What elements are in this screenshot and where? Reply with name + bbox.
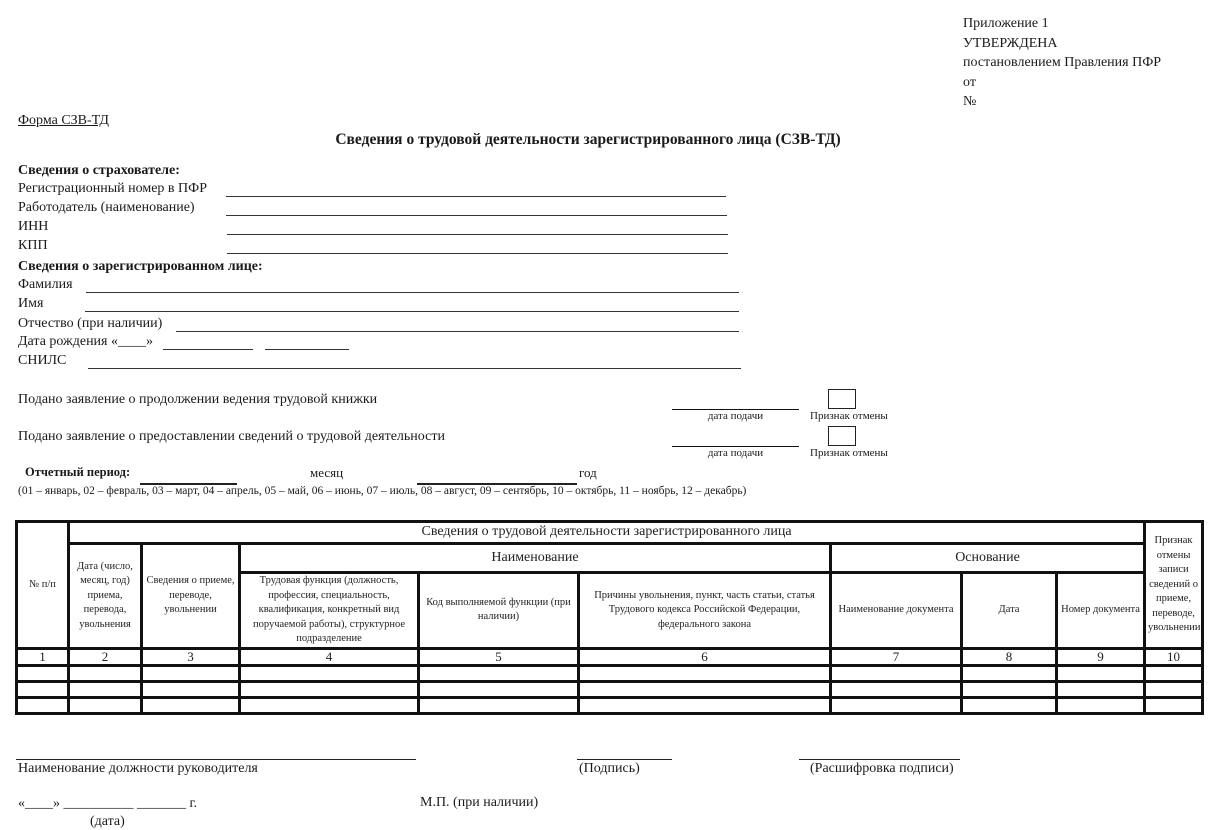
employer-field[interactable] bbox=[226, 215, 727, 216]
reg-number-field[interactable] bbox=[226, 196, 726, 197]
approval-resolution: постановлением Правления ПФР bbox=[963, 53, 1161, 73]
table-cell[interactable] bbox=[1145, 666, 1203, 682]
snils-label: СНИЛС bbox=[18, 353, 66, 369]
application-info-cancel-caption: Признак отмены bbox=[810, 447, 888, 459]
column-number: 10 bbox=[1145, 648, 1203, 666]
approval-from: от bbox=[963, 73, 1161, 93]
column-numbers-row: 1 2 3 4 5 6 7 8 9 10 bbox=[17, 648, 1203, 666]
page-title: Сведения о трудовой деятельности зарегис… bbox=[0, 131, 1176, 149]
table-cell[interactable] bbox=[69, 698, 142, 714]
column-number: 3 bbox=[142, 648, 240, 666]
header-info: Сведения о приеме, переводе, увольнении bbox=[142, 544, 240, 649]
header-doc-name: Наименование документа bbox=[831, 573, 962, 649]
period-month-caption: месяц bbox=[310, 465, 343, 481]
header-cancel: Признак отмены записи сведений о приеме,… bbox=[1145, 522, 1203, 649]
table-cell[interactable] bbox=[579, 698, 831, 714]
patronymic-label: Отчество (при наличии) bbox=[18, 316, 162, 332]
header-naming-group: Наименование bbox=[240, 544, 831, 573]
surname-label: Фамилия bbox=[18, 277, 73, 293]
column-number: 7 bbox=[831, 648, 962, 666]
inn-label: ИНН bbox=[18, 219, 48, 235]
column-number: 6 bbox=[579, 648, 831, 666]
application-info-date-caption: дата подачи bbox=[672, 447, 799, 459]
inn-field[interactable] bbox=[227, 234, 728, 235]
header-code: Код выполняемой функции (при наличии) bbox=[419, 573, 579, 649]
application-info-cancel-checkbox[interactable] bbox=[828, 426, 856, 446]
employment-table: № п/п Сведения о трудовой деятельности з… bbox=[15, 520, 1204, 715]
application-info-label: Подано заявление о предоставлении сведен… bbox=[18, 429, 445, 445]
table-cell[interactable] bbox=[142, 666, 240, 682]
table-cell[interactable] bbox=[69, 682, 142, 698]
table-row bbox=[17, 698, 1203, 714]
table-cell[interactable] bbox=[240, 698, 419, 714]
decode-caption: (Расшифровка подписи) bbox=[810, 761, 954, 777]
table-row bbox=[17, 682, 1203, 698]
application-workbook-label: Подано заявление о продолжении ведения т… bbox=[18, 392, 377, 408]
header-basis-group: Основание bbox=[831, 544, 1145, 573]
table-cell[interactable] bbox=[579, 682, 831, 698]
kpp-label: КПП bbox=[18, 238, 48, 254]
table-cell[interactable] bbox=[1145, 682, 1203, 698]
column-number: 9 bbox=[1057, 648, 1145, 666]
kpp-field[interactable] bbox=[227, 253, 728, 254]
approval-number: № bbox=[963, 92, 1161, 112]
table-cell[interactable] bbox=[419, 666, 579, 682]
table-cell[interactable] bbox=[1057, 666, 1145, 682]
table-cell[interactable] bbox=[831, 666, 962, 682]
header-reason: Причины увольнения, пункт, часть статьи,… bbox=[579, 573, 831, 649]
employer-label: Работодатель (наименование) bbox=[18, 200, 195, 216]
signature-caption: (Подпись) bbox=[579, 761, 640, 777]
table-cell[interactable] bbox=[17, 682, 69, 698]
snils-field[interactable] bbox=[88, 368, 741, 369]
table-cell[interactable] bbox=[419, 682, 579, 698]
table-cell[interactable] bbox=[831, 698, 962, 714]
application-workbook-cancel-checkbox[interactable] bbox=[828, 389, 856, 409]
period-label: Отчетный период: bbox=[25, 465, 130, 480]
sign-date-caption: (дата) bbox=[90, 814, 125, 830]
patronymic-field[interactable] bbox=[176, 331, 739, 332]
approval-approved: УТВЕРЖДЕНА bbox=[963, 34, 1161, 54]
column-number: 1 bbox=[17, 648, 69, 666]
table-cell[interactable] bbox=[17, 666, 69, 682]
reg-number-label: Регистрационный номер в ПФР bbox=[18, 181, 207, 197]
table-cell[interactable] bbox=[142, 698, 240, 714]
table-cell[interactable] bbox=[962, 666, 1057, 682]
header-date: Дата (число, месяц, год) приема, перевод… bbox=[69, 544, 142, 649]
table-cell[interactable] bbox=[142, 682, 240, 698]
table-cell[interactable] bbox=[240, 666, 419, 682]
birthdate-month-field[interactable] bbox=[163, 349, 253, 350]
approval-block: Приложение 1 УТВЕРЖДЕНА постановлением П… bbox=[963, 14, 1161, 112]
table-cell[interactable] bbox=[1057, 698, 1145, 714]
application-workbook-date-caption: дата подачи bbox=[672, 410, 799, 422]
table-cell[interactable] bbox=[419, 698, 579, 714]
header-group-title: Сведения о трудовой деятельности зарегис… bbox=[69, 522, 1145, 544]
table-cell[interactable] bbox=[240, 682, 419, 698]
position-caption: Наименование должности руководителя bbox=[18, 761, 258, 777]
position-field[interactable] bbox=[16, 759, 416, 760]
table-cell[interactable] bbox=[17, 698, 69, 714]
surname-field[interactable] bbox=[86, 292, 739, 293]
table-cell[interactable] bbox=[962, 698, 1057, 714]
birthdate-year-field[interactable] bbox=[265, 349, 349, 350]
name-field[interactable] bbox=[85, 311, 739, 312]
decode-field[interactable] bbox=[799, 759, 960, 760]
column-number: 5 bbox=[419, 648, 579, 666]
header-doc-number: Номер документа bbox=[1057, 573, 1145, 649]
table-cell[interactable] bbox=[962, 682, 1057, 698]
stamp-label: М.П. (при наличии) bbox=[420, 795, 538, 811]
period-legend: (01 – январь, 02 – февраль, 03 – март, 0… bbox=[18, 485, 746, 497]
column-number: 2 bbox=[69, 648, 142, 666]
table-cell[interactable] bbox=[1057, 682, 1145, 698]
form-label: Форма СЗВ-ТД bbox=[18, 113, 109, 129]
table-cell[interactable] bbox=[831, 682, 962, 698]
insurer-heading: Сведения о страхователе: bbox=[18, 163, 180, 179]
table-row bbox=[17, 666, 1203, 682]
birthdate-label: Дата рождения «____» bbox=[18, 334, 153, 350]
signature-field[interactable] bbox=[577, 759, 672, 760]
person-heading: Сведения о зарегистрированном лице: bbox=[18, 259, 263, 275]
approval-appendix: Приложение 1 bbox=[963, 14, 1161, 34]
sign-date-line[interactable]: «____» __________ _______ г. bbox=[18, 796, 197, 812]
period-year-caption: год bbox=[579, 465, 597, 481]
table-cell[interactable] bbox=[579, 666, 831, 682]
application-workbook-cancel-caption: Признак отмены bbox=[810, 410, 888, 422]
name-label: Имя bbox=[18, 296, 43, 312]
column-number: 4 bbox=[240, 648, 419, 666]
table-cell[interactable] bbox=[1145, 698, 1203, 714]
header-function: Трудовая функция (должность, профессия, … bbox=[240, 573, 419, 649]
header-num: № п/п bbox=[17, 522, 69, 649]
table-cell[interactable] bbox=[69, 666, 142, 682]
column-number: 8 bbox=[962, 648, 1057, 666]
header-doc-date: Дата bbox=[962, 573, 1057, 649]
